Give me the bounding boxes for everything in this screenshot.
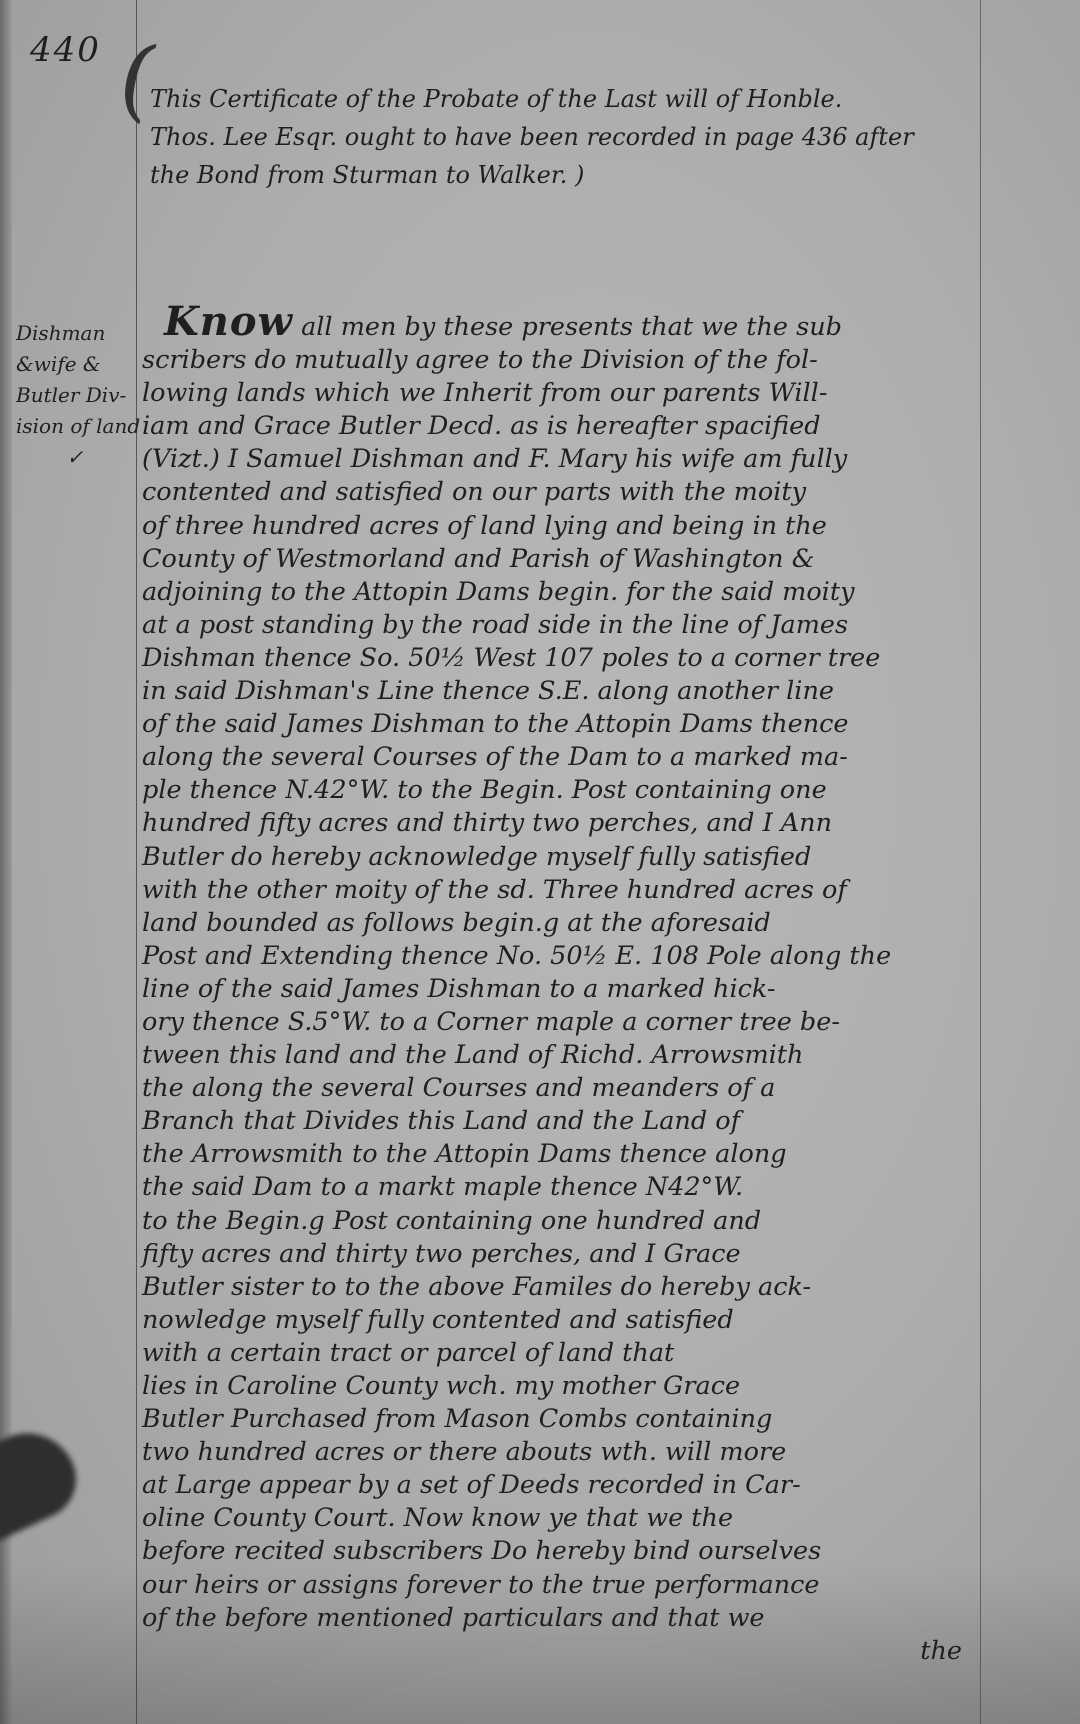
margin-line: ision of land — [16, 411, 134, 442]
deed-line: with the other moity of the sd. Three hu… — [142, 874, 982, 907]
recording-note: ( This Certificate of the Probate of the… — [150, 80, 970, 194]
deed-line: adjoining to the Attopin Dams begin. for… — [142, 576, 982, 609]
deed-line: of the said James Dishman to the Attopin… — [142, 708, 982, 741]
deed-line: tween this land and the Land of Richd. A… — [142, 1039, 982, 1072]
deed-line: land bounded as follows begin.g at the a… — [142, 907, 982, 940]
deed-line: two hundred acres or there abouts wth. w… — [142, 1436, 982, 1469]
deed-line-text: all men by these presents that we the su… — [293, 312, 842, 342]
deed-line: Butler sister to to the above Familes do… — [142, 1271, 982, 1304]
deed-line: before recited subscribers Do hereby bin… — [142, 1535, 982, 1568]
deed-line: Dishman thence So. 50½ West 107 poles to… — [142, 642, 982, 675]
deed-line: ory thence S.5°W. to a Corner maple a co… — [142, 1006, 982, 1039]
deed-line: of the before mentioned particulars and … — [142, 1602, 982, 1635]
deed-line: to the Begin.g Post containing one hundr… — [142, 1205, 982, 1238]
deed-line: Butler do hereby acknowledge myself full… — [142, 841, 982, 874]
margin-rule-left — [136, 0, 137, 1724]
deed-first-line: Know all men by these presents that we t… — [142, 305, 982, 344]
deed-line: the Arrowsmith to the Attopin Dams thenc… — [142, 1138, 982, 1171]
deed-line: at a post standing by the road side in t… — [142, 609, 982, 642]
deed-line: iam and Grace Butler Decd. as is hereaft… — [142, 410, 982, 443]
margin-line: Dishman — [16, 318, 134, 349]
deed-line: the said Dam to a markt maple thence N42… — [142, 1171, 982, 1204]
deed-line: the along the several Courses and meande… — [142, 1072, 982, 1105]
check-mark-icon: ✓ — [16, 442, 134, 473]
deed-opening-word: Know — [164, 298, 293, 345]
note-line: Thos. Lee Esqr. ought to have been recor… — [150, 118, 970, 156]
deed-line: oline County Court. Now know ye that we … — [142, 1502, 982, 1535]
deed-line: contented and satisfied on our parts wit… — [142, 476, 982, 509]
deed-line: County of Westmorland and Parish of Wash… — [142, 543, 982, 576]
margin-annotation: Dishman &wife & Butler Div- ision of lan… — [16, 318, 134, 473]
deed-line: Butler Purchased from Mason Combs contai… — [142, 1403, 982, 1436]
deed-line: with a certain tract or parcel of land t… — [142, 1337, 982, 1370]
margin-line: Butler Div- — [16, 380, 134, 411]
deed-line: Branch that Divides this Land and the La… — [142, 1105, 982, 1138]
deed-line: lies in Caroline County wch. my mother G… — [142, 1370, 982, 1403]
deed-line: (Vizt.) I Samuel Dishman and F. Mary his… — [142, 443, 982, 476]
deed-body: Know all men by these presents that we t… — [142, 305, 982, 1668]
deed-line: Post and Extending thence No. 50½ E. 108… — [142, 940, 982, 973]
deed-line: scribers do mutually agree to the Divisi… — [142, 344, 982, 377]
deed-line: ple thence N.42°W. to the Begin. Post co… — [142, 774, 982, 807]
thumb-shadow — [0, 1417, 89, 1543]
deed-line: line of the said James Dishman to a mark… — [142, 973, 982, 1006]
margin-line: &wife & — [16, 349, 134, 380]
page-number: 440 — [30, 30, 101, 70]
deed-line: along the several Courses of the Dam to … — [142, 741, 982, 774]
note-line: the Bond from Sturman to Walker. ) — [150, 156, 970, 194]
deed-line: in said Dishman's Line thence S.E. along… — [142, 675, 982, 708]
deed-line: our heirs or assigns forever to the true… — [142, 1569, 982, 1602]
deed-line: at Large appear by a set of Deeds record… — [142, 1469, 982, 1502]
deed-line: nowledge myself fully contented and sati… — [142, 1304, 982, 1337]
deed-line: of three hundred acres of land lying and… — [142, 510, 982, 543]
deed-line: fifty acres and thirty two perches, and … — [142, 1238, 982, 1271]
note-line: This Certificate of the Probate of the L… — [150, 80, 970, 118]
deed-line: hundred fifty acres and thirty two perch… — [142, 807, 982, 840]
scanned-page: 440 ( This Certificate of the Probate of… — [0, 0, 1080, 1724]
catchword: the — [142, 1635, 982, 1668]
deed-line: lowing lands which we Inherit from our p… — [142, 377, 982, 410]
